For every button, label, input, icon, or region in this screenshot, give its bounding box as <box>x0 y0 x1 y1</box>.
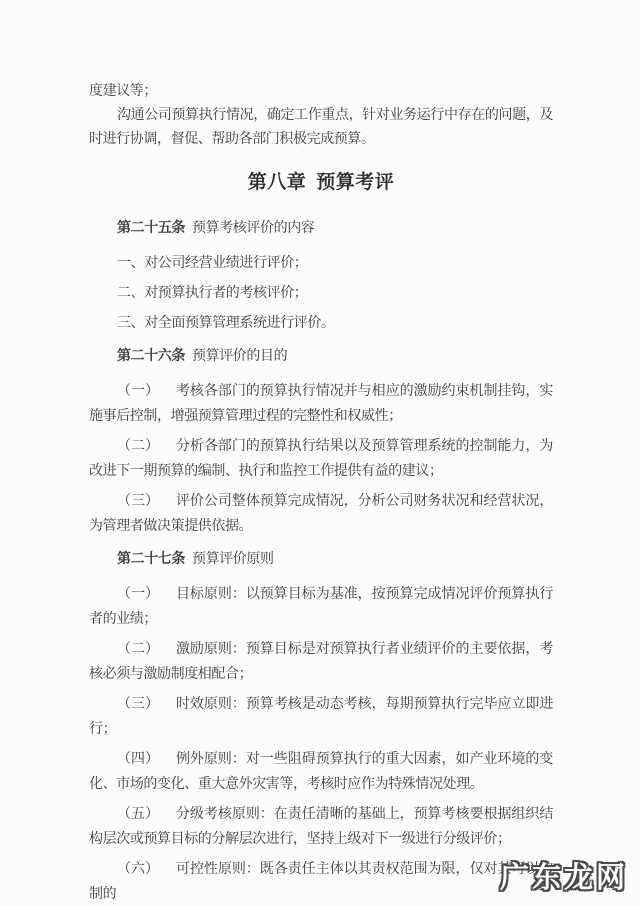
article-26-item-2: （二）分析各部门的预算执行结果以及预算管理系统的控制能力，为改进下一期预算的编制… <box>89 434 553 484</box>
article-27-number: 第二十七条 <box>117 552 185 567</box>
item-marker: （一） <box>117 587 159 602</box>
article-26-item-3: （三）评价公司整体预算完成情况，分析公司财务状况和经营状况，为管理者做决策提供依… <box>89 489 553 539</box>
article-26-number: 第二十六条 <box>117 349 185 364</box>
article-27-heading: 第二十七条预算评价原则 <box>89 547 553 572</box>
article-25-item-1: 一、对公司经营业绩进行评价； <box>89 251 553 276</box>
item-marker: （二） <box>117 439 159 454</box>
article-27-item-2: （二）激励原则：预算目标是对预算执行者业绩评价的主要依据，考核必须与激励制度相配… <box>89 637 553 687</box>
carryover-line: 度建议等； <box>89 80 553 104</box>
item-marker: （六） <box>117 862 159 877</box>
intro-block: 度建议等； 沟通公司预算执行情况，确定工作重点，针对业务运行中存在的问题，及时进… <box>89 80 553 152</box>
item-marker: （三） <box>117 494 159 509</box>
article-27-item-5: （五）分级考核原则：在责任清晰的基础上，预算考核要根据组织结构层次或预算目标的分… <box>89 802 553 852</box>
chapter-title: 预算考评 <box>316 172 394 193</box>
item-marker: （一） <box>117 384 159 399</box>
article-27-title: 预算评价原则 <box>192 552 274 567</box>
chapter-number: 第八章 <box>248 172 307 193</box>
article-25-number: 第二十五条 <box>117 221 185 236</box>
article-26-heading: 第二十六条预算评价的目的 <box>89 344 553 369</box>
item-marker: （三） <box>117 697 159 712</box>
article-27-item-1: （一）目标原则：以预算目标为基准，按预算完成情况评价预算执行者的业绩； <box>89 582 553 632</box>
article-26-title: 预算评价的目的 <box>192 349 287 364</box>
article-25-item-3: 三、对全面预算管理系统进行评价。 <box>89 311 553 336</box>
site-watermark: 广东龙网 <box>500 855 628 896</box>
article-27-item-4: （四）例外原则：对一些阻碍预算执行的重大因素，如产业环境的变化、市场的变化、重大… <box>89 747 553 797</box>
item-marker: （五） <box>117 807 159 822</box>
chapter-heading: 第八章预算考评 <box>89 170 553 196</box>
article-26-item-1: （一）考核各部门的预算执行情况并与相应的激励约束机制挂钩，实施事后控制，增强预算… <box>89 379 553 429</box>
article-25-item-2: 二、对预算执行者的考核评价； <box>89 281 553 306</box>
item-marker: （四） <box>117 752 159 767</box>
article-27-item-3: （三）时效原则：预算考核是动态考核，每期预算执行完毕应立即进行； <box>89 692 553 742</box>
document-page: 度建议等； 沟通公司预算执行情况，确定工作重点，针对业务运行中存在的问题，及时进… <box>0 0 640 906</box>
article-25-title: 预算考核评价的内容 <box>192 221 314 236</box>
item-marker: （二） <box>117 642 159 657</box>
intro-paragraph: 沟通公司预算执行情况，确定工作重点，针对业务运行中存在的问题，及时进行协调，督促… <box>89 104 553 152</box>
article-27-item-6: （六）可控性原则：既各责任主体以其责权范围为限，仅对其可以控制的 <box>89 857 553 906</box>
article-25-heading: 第二十五条预算考核评价的内容 <box>89 216 553 241</box>
